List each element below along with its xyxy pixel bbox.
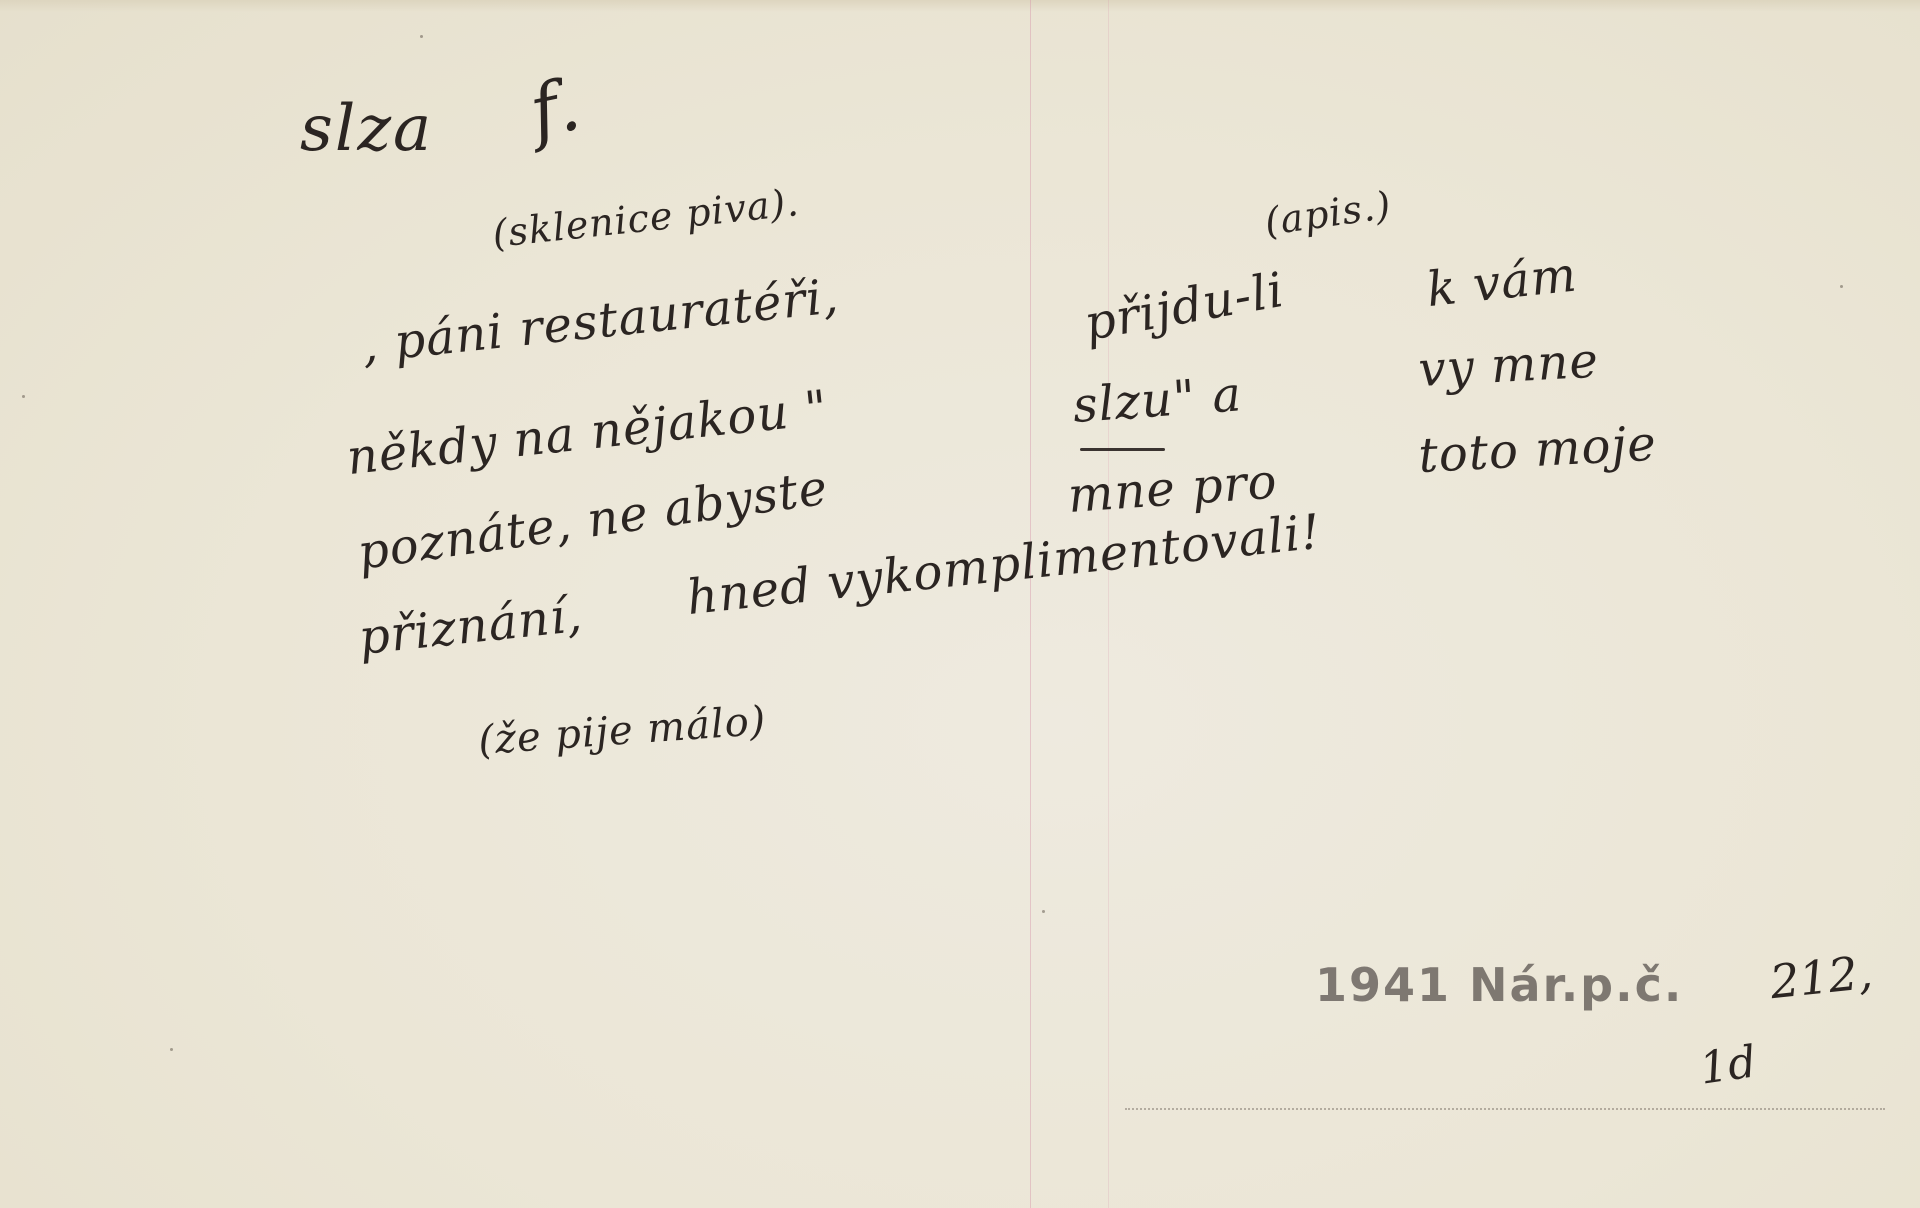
- paper-speck: [420, 35, 423, 38]
- dotted-rule: [1125, 1108, 1885, 1110]
- quote-line-4-a: přiznání,: [356, 587, 585, 666]
- gloss: (sklenice piva).: [490, 180, 801, 256]
- quote-line-2-c: vy mne: [1417, 333, 1600, 398]
- paper-speck: [1840, 285, 1843, 288]
- context-note: (že pije málo): [477, 698, 768, 764]
- paper-top-edge: [0, 0, 1920, 12]
- margin-rule-faint: [1108, 0, 1109, 1208]
- headword: slza: [300, 92, 433, 166]
- dictionary-slip: slza f. (sklenice piva). (apis.) , páni …: [0, 0, 1920, 1208]
- margin-rule: [1030, 0, 1031, 1208]
- paper-speck: [22, 395, 25, 398]
- quote-line-1-b: přijdu-li: [1080, 262, 1288, 352]
- quote-line-1-c: k vám: [1424, 247, 1580, 318]
- column-reference: 1d: [1697, 1036, 1760, 1094]
- grammar-label: f.: [523, 62, 588, 154]
- source-stamp: 1941 Nár.p.č.: [1315, 958, 1683, 1012]
- paper-speck: [170, 1048, 173, 1051]
- quote-line-3-c: toto moje: [1417, 416, 1658, 484]
- page-reference: 212,: [1767, 945, 1875, 1009]
- annotation: (apis.): [1262, 183, 1394, 244]
- paper-speck: [1042, 910, 1045, 913]
- headword-underline: [1080, 448, 1165, 451]
- quote-line-2-b: slzu" a: [1071, 366, 1244, 434]
- quote-line-1-a: , páni restauratéři,: [359, 268, 841, 374]
